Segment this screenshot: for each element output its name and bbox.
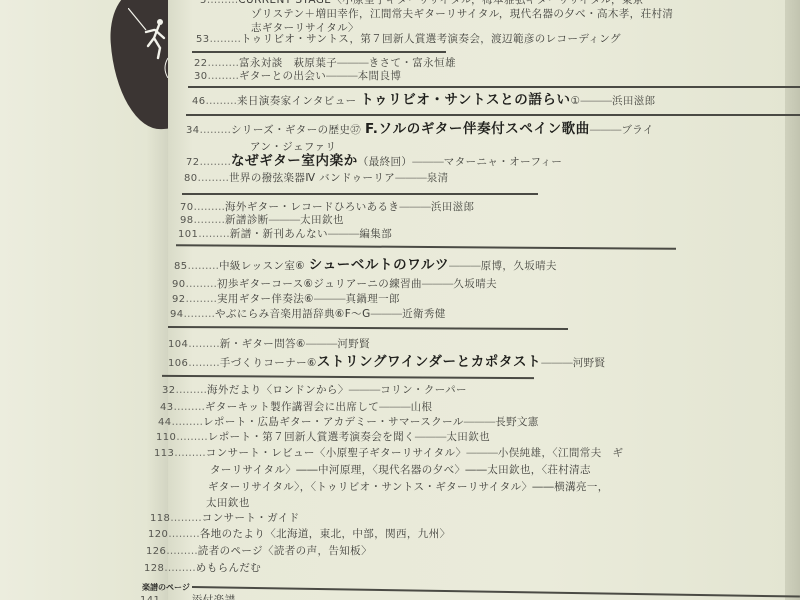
toc-entry: 30………ギターとの出会い―――本間良博 xyxy=(194,70,401,83)
divider xyxy=(192,586,800,597)
entry-title: めもらんだむ xyxy=(196,562,261,574)
divider xyxy=(186,114,800,116)
page-number: 90 xyxy=(172,278,186,291)
toc-entry: 90………初歩ギターコース⑥ジュリアーニの練習曲―――久坂晴夫 xyxy=(172,278,497,291)
entry-title: CURRENT STAGE〈小原聖子ギターリサイタル，梅本雅弘ギターリサイタル，… xyxy=(238,0,643,6)
entry-author: 泉清 xyxy=(427,172,449,184)
page-number: 94 xyxy=(170,308,184,321)
page-number: 113 xyxy=(154,447,174,460)
toc-entry: 53………トゥリビオ・サントス，第７回新人賞選考演奏会，渡辺範彦のレコーディング xyxy=(196,33,621,46)
entry-prefix: 中級レッスン室⑥ xyxy=(219,260,305,272)
page-number: 43 xyxy=(160,401,174,414)
entry-title: 海外ギター・レコードひろいあるき xyxy=(225,201,399,213)
toc-entry-continuation: ゾリステン＋増田幸作，江間常夫ギターリサイタル，現代名器の夕べ・高木孝，荘村清 xyxy=(251,8,673,21)
toc-entry: 92………実用ギター伴奏法⑥―――真鍋理一郎 xyxy=(172,293,400,306)
page-number: 106 xyxy=(168,357,188,370)
entry-author: 近衛秀健 xyxy=(402,308,446,320)
entry-author: 編集部 xyxy=(359,228,392,240)
entry-author: 真鍋理一郎 xyxy=(345,293,400,305)
entry-title: 新譜診断 xyxy=(225,214,269,226)
toc-entry: 110………レポート・第７回新人賞選考演奏会を聞く―――太田欽也 xyxy=(156,431,490,444)
page-number: 118 xyxy=(150,512,170,525)
entry-title: トゥリビオ・サントスとの語らい xyxy=(360,92,570,108)
entry-author: 本間良博 xyxy=(358,70,402,82)
toc-entry-continuation: ギターリサイタル〉，〈トゥリビオ・サントス・ギターリサイタル〉――横溝亮一， xyxy=(208,481,609,494)
toc-entry: 32………海外だより〈ロンドンから〉―――コリン・クーパー xyxy=(162,384,467,397)
entry-author: 山根 xyxy=(411,401,433,413)
page-number: 110 xyxy=(156,431,176,444)
page-number: 5 xyxy=(200,0,207,7)
entry-title: 初歩ギターコース⑥ジュリアーニの練習曲 xyxy=(217,278,422,290)
entry-prefix: 手づくりコーナー⑥ xyxy=(220,357,317,369)
page-number: 85 xyxy=(174,260,188,273)
entry-title: ストリングワインダーとカポタスト xyxy=(317,354,541,370)
divider xyxy=(182,193,538,195)
entry-author: 原博，久坂晴夫 xyxy=(481,260,557,272)
entry-title: 実用ギター伴奏法⑥ xyxy=(217,293,314,305)
entry-title: 富永対談 萩原葉子 xyxy=(239,57,337,69)
toc-entry: 94………やぶにらみ音楽用語辞典⑥F〜G―――近衛秀健 xyxy=(170,308,446,321)
divider xyxy=(188,86,800,88)
page-number: 98 xyxy=(180,214,194,227)
toc-entry: 104………新・ギター問答⑥―――河野賢 xyxy=(168,338,370,351)
page-number: 53 xyxy=(196,33,210,46)
toc-entry: 126………読者のページ〈読者の声，告知板〉 xyxy=(146,545,372,558)
entry-title: やぶにらみ音楽用語辞典⑥F〜G xyxy=(215,308,371,320)
toc-entry: 43………ギターキット製作講習会に出席して―――山根 xyxy=(160,401,432,414)
toc-entry: 44………レポート・広島ギター・アカデミー・サマースクール―――長野文憲 xyxy=(158,416,539,429)
divider xyxy=(176,244,676,249)
toc-entry-continuation: 太田欽也 xyxy=(206,497,250,510)
entry-title: コンサート・ガイド xyxy=(202,512,300,524)
toc-entry: 72………なぜギター室内楽か（最終回）―――マターニャ・オーフィー xyxy=(186,155,562,169)
toc-entry: 85………中級レッスン室⑥ シューベルトのワルツ―――原博，久坂晴夫 xyxy=(174,259,557,273)
entry-title: ギターキット製作講習会に出席して xyxy=(205,401,379,413)
page-number: 92 xyxy=(172,293,186,306)
entry-author: 河野賢 xyxy=(573,357,606,369)
toc-entry: 80………世界の撥弦楽器Ⅳ バンドゥーリア―――泉清 xyxy=(184,172,449,185)
toc-entry: 5………CURRENT STAGE〈小原聖子ギターリサイタル，梅本雅弘ギターリサ… xyxy=(200,0,644,7)
toc-entry: 22………富永対談 萩原葉子―――きさて・富永恒雄 xyxy=(194,57,456,70)
toc-entry: 70………海外ギター・レコードひろいあるき―――浜田滋郎 xyxy=(180,201,474,214)
entry-title: なぜギター室内楽か xyxy=(231,153,358,169)
entry-title: レポート・第７回新人賞選考演奏会を聞く xyxy=(208,431,415,443)
divider xyxy=(192,51,446,53)
toc-entry: 118………コンサート・ガイド xyxy=(150,512,300,525)
entry-title: 各地のたより〈北海道，東北，中部，関西，九州〉 xyxy=(200,528,451,540)
entry-title: 読者のページ〈読者の声，告知板〉 xyxy=(198,545,372,557)
table-of-contents: 5………CURRENT STAGE〈小原聖子ギターリサイタル，梅本雅弘ギターリサ… xyxy=(0,0,800,600)
toc-entry-continuation: ターリサイタル〉――中河原理，〈現代名器の夕べ〉――太田欽也，〈荘村清志 xyxy=(210,464,591,477)
entry-prefix: 来日演奏家インタビュー xyxy=(237,95,356,107)
page-number: 141 xyxy=(140,594,160,600)
toc-entry: 128………めもらんだむ xyxy=(144,562,261,575)
entry-title: F.ソルのギター伴奏付スペイン歌曲 xyxy=(365,121,590,137)
page-number: 72 xyxy=(186,156,200,169)
entry-title: 新・ギター問答⑥ xyxy=(220,338,306,350)
page-number: 128 xyxy=(144,562,164,575)
entry-author: 小俣純雄，〈江間常夫 ギ xyxy=(498,447,624,459)
page-number: 30 xyxy=(194,70,208,83)
section-label: 楽譜のページ xyxy=(142,582,190,593)
entry-title: 海外だより〈ロンドンから〉 xyxy=(207,384,349,396)
page-number: 44 xyxy=(158,416,172,429)
entry-author: マターニャ・オーフィー xyxy=(444,156,563,168)
page-number: 101 xyxy=(178,228,198,241)
entry-author: コリン・クーパー xyxy=(380,384,467,396)
toc-entry: 46………来日演奏家インタビュー トゥリビオ・サントスとの語らい①―――浜田滋郎 xyxy=(192,94,656,108)
page-number: 46 xyxy=(192,95,206,108)
toc-entry-cutoff: 141………添付楽譜 xyxy=(140,594,235,600)
toc-entry: 98………新譜診断―――太田欽也 xyxy=(180,214,344,227)
entry-author: 太田欽也 xyxy=(300,214,344,226)
page-number: 104 xyxy=(168,338,188,351)
entry-title: ギターとの出会い xyxy=(239,70,326,82)
entry-title: 添付楽譜 xyxy=(192,594,236,600)
entry-title: シューベルトのワルツ xyxy=(309,257,449,273)
page-number: 32 xyxy=(162,384,176,397)
entry-author: 浜田滋郎 xyxy=(612,95,656,107)
entry-author: 長野文憲 xyxy=(495,416,539,428)
entry-author: 久坂晴夫 xyxy=(453,278,497,290)
page-number: 22 xyxy=(194,57,208,70)
toc-entry: 34………シリーズ・ギターの歴史㊲ F.ソルのギター伴奏付スペイン歌曲―――ブラ… xyxy=(186,123,654,137)
entry-author: 浜田滋郎 xyxy=(431,201,475,213)
toc-entry: 113………コンサート・レビュー〈小原聖子ギターリサイタル〉―――小俣純雄，〈江… xyxy=(154,447,623,460)
page-number: 70 xyxy=(180,201,194,214)
toc-entry: 101………新譜・新刊あんない―――編集部 xyxy=(178,228,392,241)
entry-title: コンサート・レビュー〈小原聖子ギターリサイタル〉 xyxy=(206,447,467,459)
entry-title: トゥリビオ・サントス，第７回新人賞選考演奏会，渡辺範彦のレコーディング xyxy=(241,33,621,45)
entry-prefix: シリーズ・ギターの歴史㊲ xyxy=(231,124,361,136)
page-number: 80 xyxy=(184,172,198,185)
entry-title: 世界の撥弦楽器Ⅳ バンドゥーリア xyxy=(229,172,395,184)
divider xyxy=(168,326,568,330)
toc-entry: 106………手づくりコーナー⑥ストリングワインダーとカポタスト―――河野賢 xyxy=(168,356,605,370)
entry-title: 新譜・新刊あんない xyxy=(230,228,328,240)
entry-author: ブライ xyxy=(621,124,653,136)
page-number: 34 xyxy=(186,124,200,137)
entry-author: 河野賢 xyxy=(337,338,370,350)
entry-author: 太田欽也 xyxy=(446,431,490,443)
page-number: 120 xyxy=(148,528,168,541)
entry-author: きさて・富永恒雄 xyxy=(369,57,456,69)
entry-title: レポート・広島ギター・アカデミー・サマースクール xyxy=(203,416,464,428)
page-number: 126 xyxy=(146,545,166,558)
toc-entry: 120………各地のたより〈北海道，東北，中部，関西，九州〉 xyxy=(148,528,451,541)
divider xyxy=(162,375,534,379)
